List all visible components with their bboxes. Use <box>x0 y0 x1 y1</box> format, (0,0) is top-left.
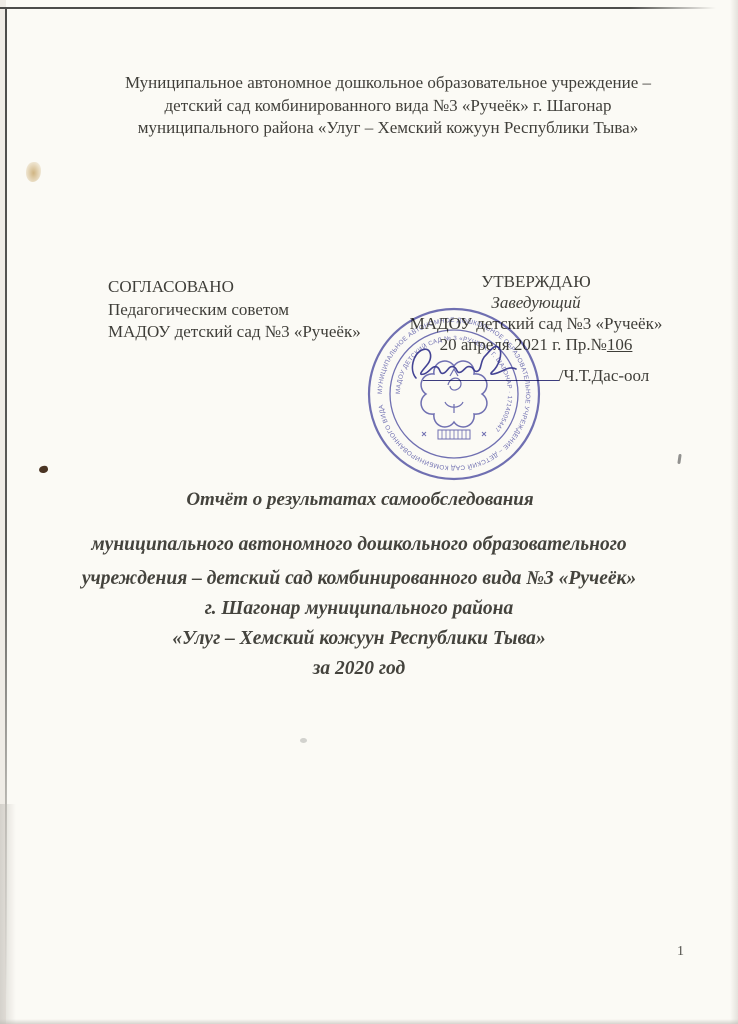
scan-top-border-line <box>0 7 716 9</box>
scan-right-edge-shadow <box>730 0 738 1024</box>
paper-speck-dark <box>38 465 49 474</box>
report-subject: муниципального автономного дошкольного о… <box>9 530 709 684</box>
letterhead-line-3: муниципального района «Улуг – Хемский ко… <box>58 117 718 140</box>
subject-line-5: за 2020 год <box>9 654 709 684</box>
page-number: 1 <box>677 944 684 960</box>
agreed-body: Педагогическим советом <box>108 299 408 322</box>
subject-line-3: г. Шагонар муниципального района <box>9 594 709 624</box>
stamp-outer-ring <box>369 309 539 479</box>
agreed-org: МАДОУ детский сад №3 «Ручеёк» <box>108 321 408 344</box>
agreed-block: СОГЛАСОВАНО Педагогическим советом МАДОУ… <box>108 276 408 344</box>
subject-line-1: муниципального автономного дошкольного о… <box>9 530 709 560</box>
subject-line-2: учреждения – детский сад комбинированног… <box>9 564 709 594</box>
stamp-hatch-lines <box>442 430 466 439</box>
subject-line-4: «Улуг – Хемский кожуун Республики Тыва» <box>9 624 709 654</box>
scan-bottom-edge-shadow <box>0 1019 738 1024</box>
paper-speck-gray <box>677 454 681 464</box>
handwritten-signature <box>404 340 579 388</box>
paper-stain <box>26 162 41 182</box>
paper-speck-faint <box>300 738 307 743</box>
letterhead-line-2: детский сад комбинированного вида №3 «Ру… <box>58 95 718 118</box>
letterhead: Муниципальное автономное дошкольное обра… <box>58 72 718 140</box>
agreed-title: СОГЛАСОВАНО <box>108 276 408 299</box>
official-stamp: МУНИЦИПАЛЬНОЕ АВТОНОМНОЕ ДОШКОЛЬНОЕ ОБРА… <box>366 306 542 482</box>
signature-stroke <box>412 346 516 378</box>
approved-order-number: 106 <box>607 335 633 354</box>
scan-bottom-left-shadow <box>0 804 16 1024</box>
letterhead-line-1: Муниципальное автономное дошкольное обра… <box>58 72 718 95</box>
report-title: Отчёт о результатах самообследования <box>0 489 720 511</box>
scanned-document-page: Муниципальное автономное дошкольное обра… <box>0 0 738 1024</box>
approved-title: УТВЕРЖДАЮ <box>390 271 682 292</box>
